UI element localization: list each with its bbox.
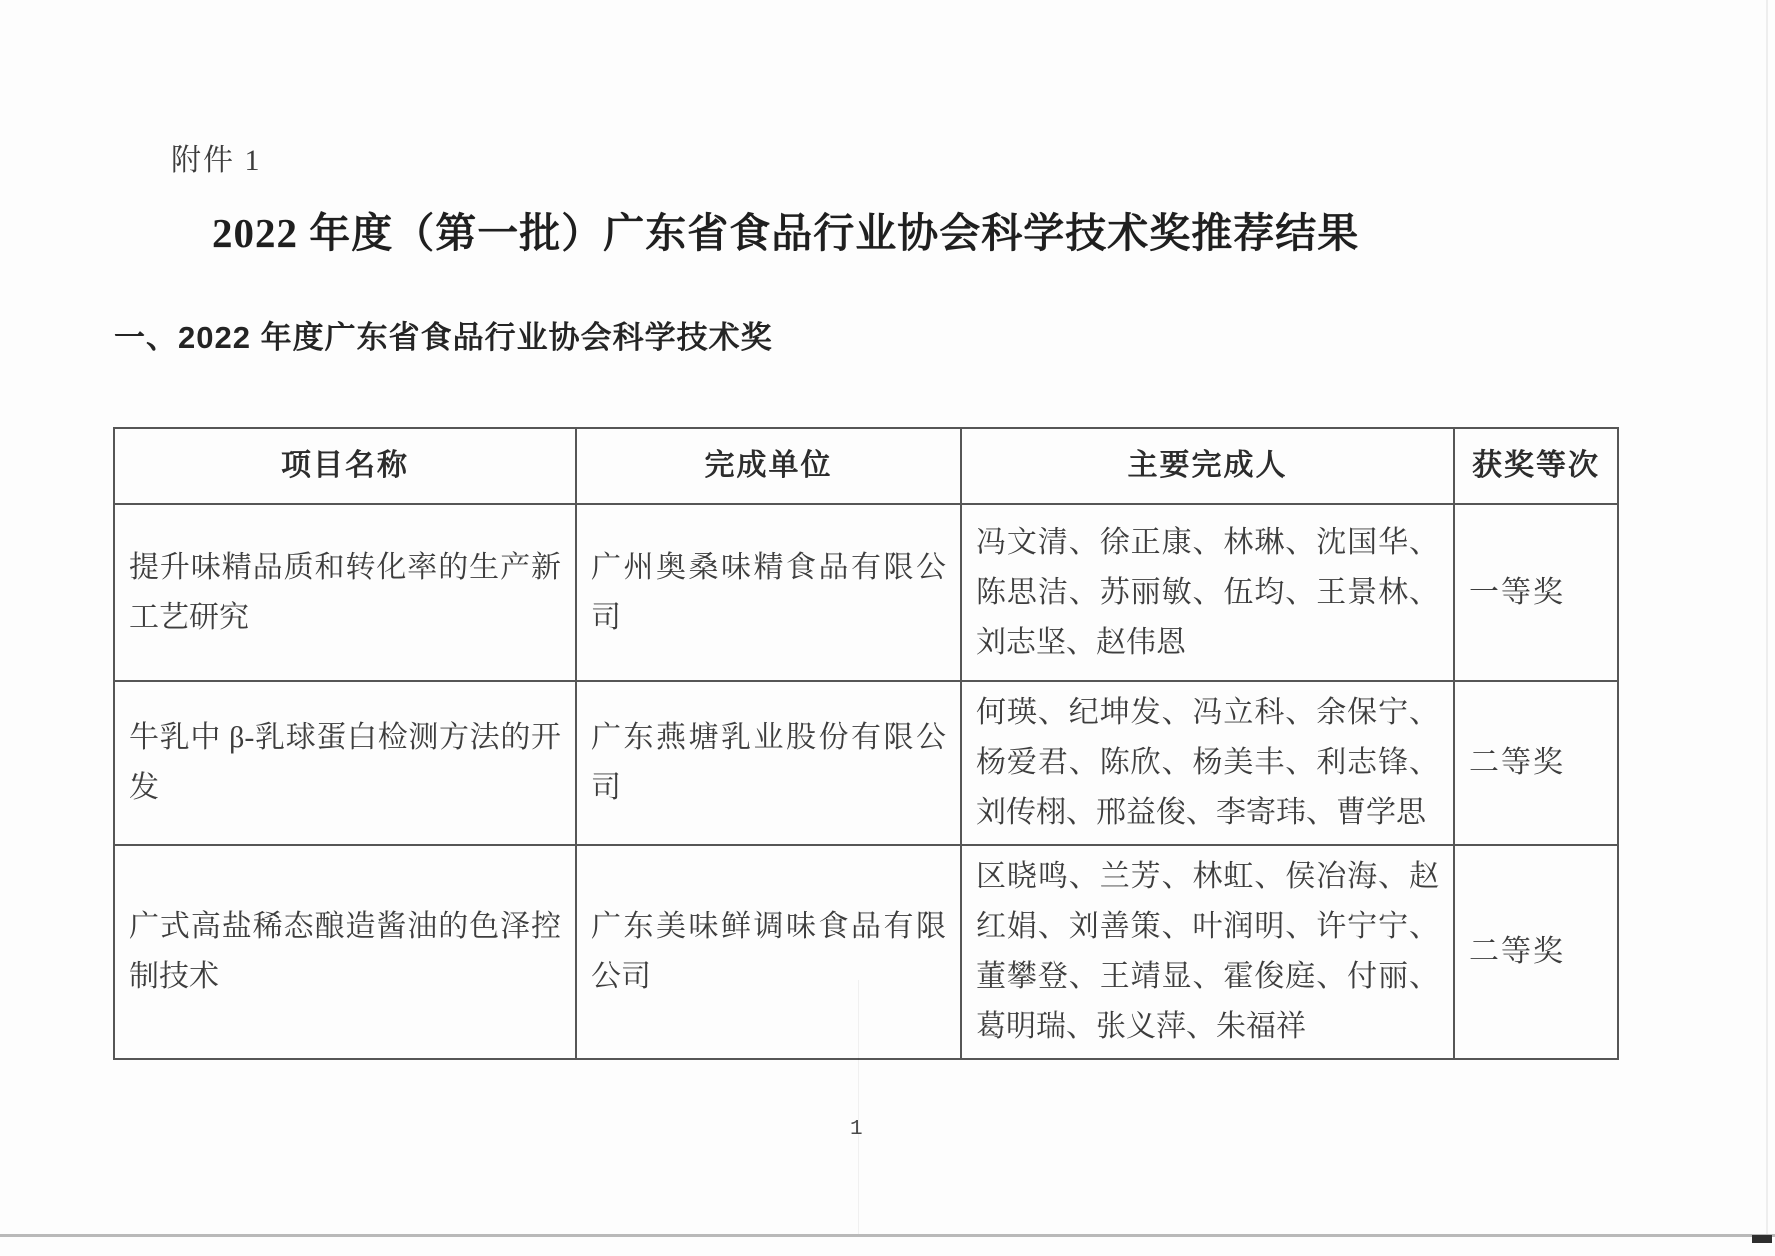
awards-table: 项目名称 完成单位 主要完成人 获奖等次 提升味精品质和转化率的生产新工艺研究 …	[113, 427, 1619, 1060]
attachment-label: 附件 1	[171, 135, 262, 179]
cell-completing-unit: 广东美味鲜调味食品有限公司	[576, 845, 961, 1059]
cell-main-contributors: 区晓鸣、兰芳、林虹、侯冶海、赵红娟、刘善策、叶润明、许宁宁、董攀登、王靖显、霍俊…	[961, 845, 1454, 1059]
cell-award-level: 二等奖	[1454, 681, 1618, 845]
table-row: 牛乳中 β-乳球蛋白检测方法的开发 广东燕塘乳业股份有限公司 何瑛、纪坤发、冯立…	[114, 681, 1618, 845]
cell-completing-unit: 广州奥桑味精食品有限公司	[576, 504, 961, 681]
cell-main-contributors: 冯文清、徐正康、林琳、沈国华、陈思洁、苏丽敏、伍均、王景林、刘志坚、赵伟恩	[961, 504, 1454, 681]
scan-artifact-bottom-edge	[0, 1234, 1775, 1237]
cell-completing-unit: 广东燕塘乳业股份有限公司	[576, 681, 961, 845]
col-header-project-name: 项目名称	[114, 428, 576, 504]
scanned-document-page: 附件 1 2022 年度（第一批）广东省食品行业协会科学技术奖推荐结果 一、20…	[0, 0, 1775, 1256]
cell-project-name: 牛乳中 β-乳球蛋白检测方法的开发	[114, 681, 576, 845]
cell-award-level: 一等奖	[1454, 504, 1618, 681]
col-header-main-contributors: 主要完成人	[961, 428, 1454, 504]
col-header-award-level: 获奖等次	[1454, 428, 1618, 504]
scan-artifact-fold-line	[858, 980, 859, 1234]
cell-project-name: 广式高盐稀态酿造酱油的色泽控制技术	[114, 845, 576, 1059]
table-header-row: 项目名称 完成单位 主要完成人 获奖等次	[114, 428, 1618, 504]
scan-artifact-corner-mark	[1752, 1235, 1772, 1243]
page-number: 1	[850, 1118, 863, 1141]
document-title: 2022 年度（第一批）广东省食品行业协会科学技术奖推荐结果	[212, 200, 1552, 259]
cell-award-level: 二等奖	[1454, 845, 1618, 1059]
table-row: 提升味精品质和转化率的生产新工艺研究 广州奥桑味精食品有限公司 冯文清、徐正康、…	[114, 504, 1618, 681]
col-header-completing-unit: 完成单位	[576, 428, 961, 504]
scan-artifact-right-edge	[1766, 0, 1768, 1234]
cell-main-contributors: 何瑛、纪坤发、冯立科、余保宁、杨爱君、陈欣、杨美丰、利志锋、刘传栩、邢益俊、李寄…	[961, 681, 1454, 845]
section-heading: 一、2022 年度广东省食品行业协会科学技术奖	[114, 312, 773, 357]
table-row: 广式高盐稀态酿造酱油的色泽控制技术 广东美味鲜调味食品有限公司 区晓鸣、兰芳、林…	[114, 845, 1618, 1059]
cell-project-name: 提升味精品质和转化率的生产新工艺研究	[114, 504, 576, 681]
